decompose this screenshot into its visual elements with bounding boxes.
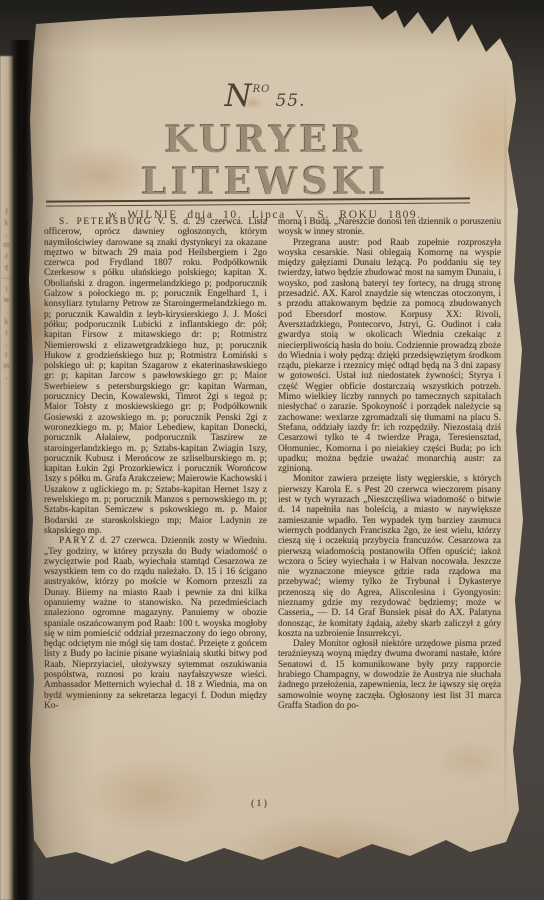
paragraph-lead-rest: d. 27 czerwca. <box>100 536 157 546</box>
issue-number: 55. <box>275 91 305 111</box>
paragraph-lead: S. PETERSBURG <box>59 217 152 227</box>
body-paragraph: Monitor zawiera przeięte listy węgierski… <box>278 474 501 639</box>
paragraph-text: Monitor zawiera przeięte listy węgierski… <box>278 474 501 638</box>
body-paragraph: morną i Budą. „Nareszcie donosi ten dzie… <box>278 217 501 238</box>
issue-prefix: N <box>225 78 253 114</box>
body-paragraph: Daley Monitor ogłosił niektóre urzędowe … <box>278 639 501 711</box>
scanned-newspaper-view: ł k . m z ę — i w . k t . r m . NRO 55. … <box>0 0 544 900</box>
issue-number-line: NRO 55. <box>40 78 490 114</box>
issue-ordinal-superscript: RO <box>253 84 271 95</box>
paper-crease <box>504 70 507 830</box>
page-number: ( 1 ) <box>44 799 474 809</box>
body-paragraph: S. PETERSBURG V. S. d. 29 czerwca. Lista… <box>44 217 267 536</box>
body-paragraph: Przegrana austr: pod Raab zupełnie rozpr… <box>278 238 501 475</box>
article-body: S. PETERSBURG V. S. d. 29 czerwca. Lista… <box>44 217 502 711</box>
paragraph-text: morną i Budą. „Nareszcie donosi ten dzie… <box>278 217 501 237</box>
paragraph-lead-rest: V. S. d. 29 czerwca. <box>157 217 243 227</box>
newspaper-page: NRO 55. KURYER LITEWSKI w WILNIE dnia 10… <box>0 0 544 900</box>
newspaper-title: KURYER LITEWSKI <box>40 118 490 202</box>
body-paragraph: PARYZ d. 27 czerwca. Dziennik zosty w Wi… <box>44 536 267 711</box>
right-column: morną i Budą. „Nareszcie donosi ten dzie… <box>278 217 501 711</box>
paragraph-lead: PARYZ <box>59 536 96 546</box>
paragraph-text: Dziennik zosty w Wiedniu. „Tey godziny, … <box>44 536 267 711</box>
paragraph-text: Lista officerow, oprócz dawniey ogłoszon… <box>44 217 267 536</box>
paragraph-text: Daley Monitor ogłosił niektóre urzędowe … <box>278 639 501 711</box>
paragraph-text: Przegrana austr: pod Raab zupełnie rozpr… <box>278 238 501 475</box>
left-column: S. PETERSBURG V. S. d. 29 czerwca. Lista… <box>44 217 267 711</box>
